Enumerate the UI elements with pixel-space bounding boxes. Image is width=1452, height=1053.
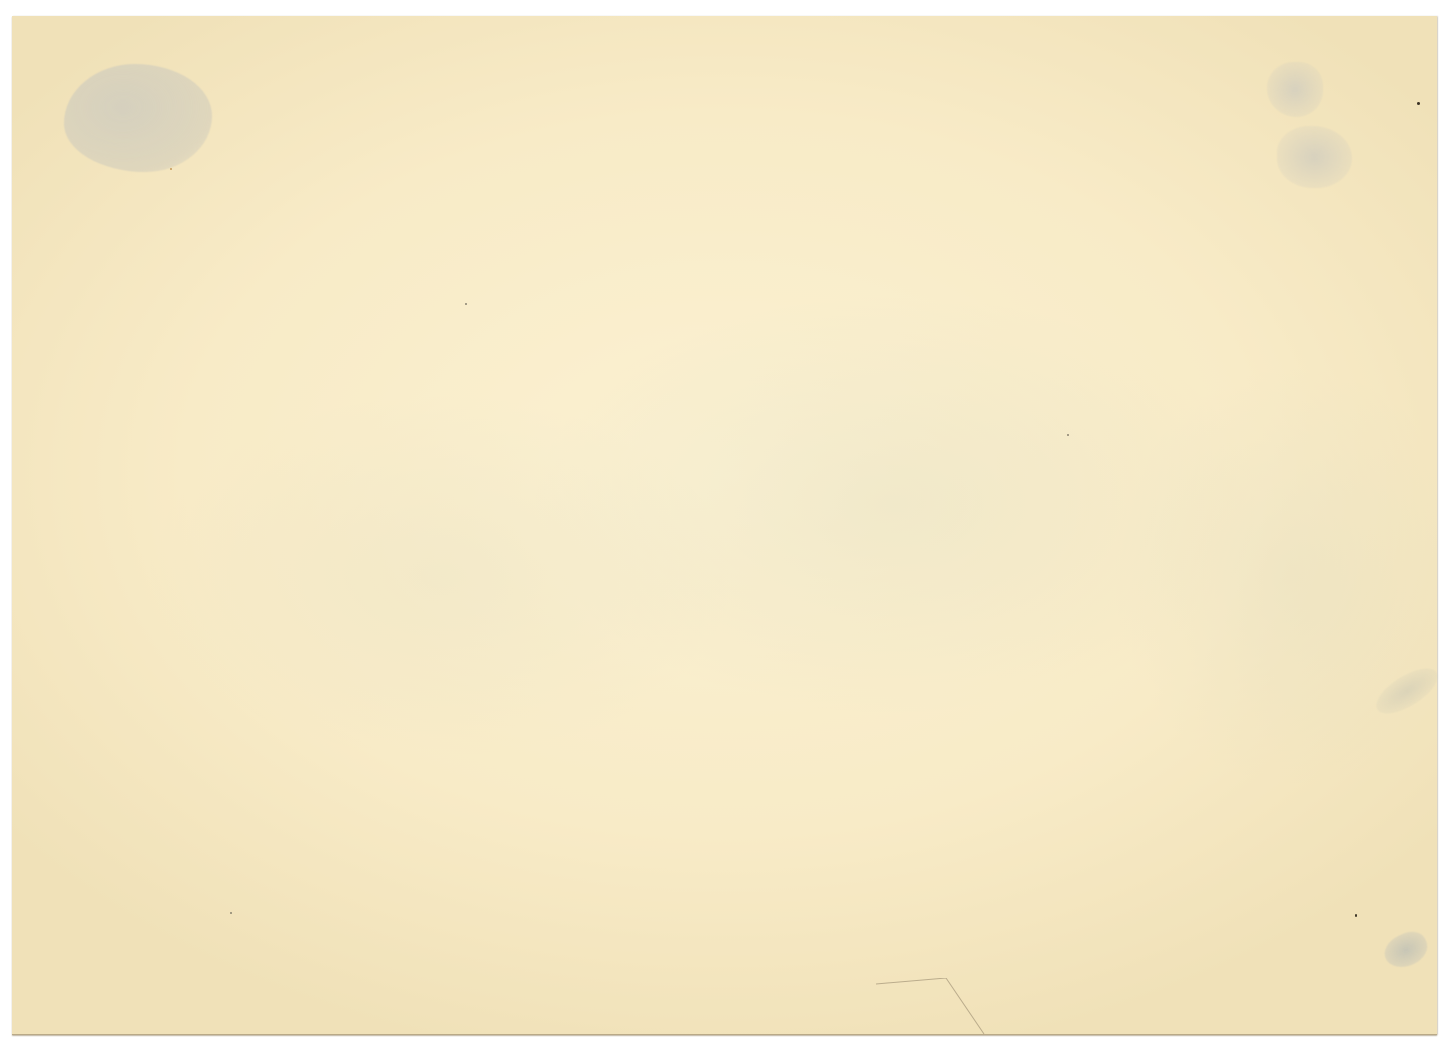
- water-stain-top-left: [64, 64, 212, 172]
- water-stain-top-right-lower: [1277, 126, 1352, 188]
- paper-crease: [874, 978, 994, 1038]
- dust-speck: [230, 912, 232, 914]
- water-stain-bottom-right: [1379, 926, 1432, 974]
- ink-speck-right-edge: [1417, 102, 1420, 105]
- water-stain-top-right-upper: [1267, 62, 1323, 117]
- ink-speck-bottom-right: [1355, 914, 1357, 917]
- aged-paper-sheet: [12, 16, 1437, 1035]
- water-stain-right-middle: [1369, 660, 1444, 723]
- photo-scene: [0, 0, 1452, 1053]
- dust-speck: [465, 303, 467, 305]
- dust-speck: [170, 168, 172, 170]
- dust-speck: [1067, 434, 1069, 436]
